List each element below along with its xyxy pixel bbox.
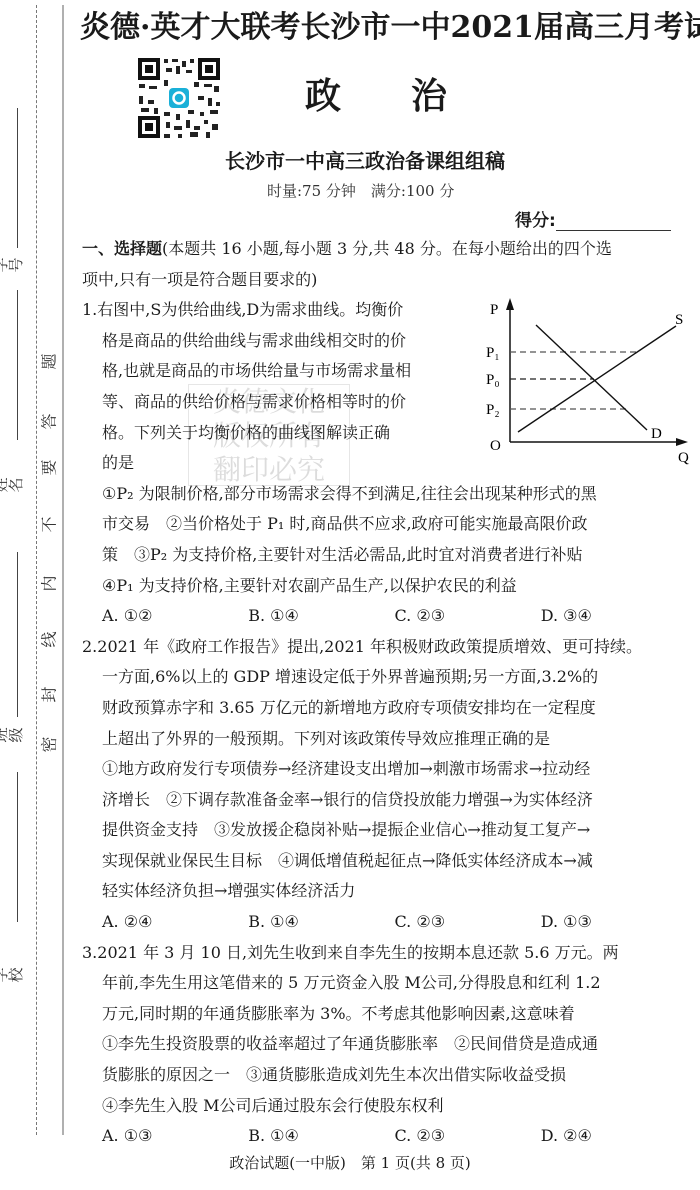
exam-meta: 时量:75 分钟 满分:100 分 [267, 180, 454, 201]
seal-char: 密 [37, 735, 60, 755]
fold-dotted-line [36, 5, 37, 1135]
p2-label: P₂ [486, 402, 500, 418]
option-a[interactable]: A. ①② [102, 601, 248, 632]
answer-options: A. ①③ B. ①④ C. ②③ D. ②④ [82, 1121, 687, 1152]
binding-margin: 学号 姓名 班级 学校 密 封 线 内 不 要 答 题 [0, 0, 66, 1190]
seal-char: 内 [37, 574, 60, 594]
seal-char: 题 [37, 352, 60, 372]
statement-line: ①李先生投资股票的收益率超过了年通货膨胀率 ②民间借贷是造成通 [82, 1029, 687, 1060]
option-a[interactable]: A. ①③ [102, 1121, 248, 1152]
statement-line: 提供资金支持 ③发放援企稳岗补贴→提振企业信心→推动复工复产→ [82, 815, 687, 846]
exam-title: 炎德·英才大联考长沙市一中2021届高三月考试卷(九) [80, 2, 695, 46]
statement-line: 策 ③P₂ 为支持价格,主要针对生活必需品,此时宜对消费者进行补贴 [82, 540, 687, 571]
supply-label: S [675, 312, 683, 328]
stem-text: 2021 年《政府工作报告》提出,2021 年积极财政政策提质增效、更可持续。 [97, 637, 642, 656]
class-label: 班级 [0, 726, 24, 744]
student-number-fill-line[interactable] [17, 108, 18, 248]
seal-char: 线 [37, 630, 60, 650]
option-d[interactable]: D. ③④ [541, 601, 687, 632]
seal-char: 封 [37, 685, 60, 705]
statement-line: 轻实体经济负担→增强实体经济活力 [82, 876, 687, 907]
seal-char: 答 [37, 412, 60, 432]
section-instructions: (本题共 16 小题,每小题 3 分,共 48 分。在每小题给出的四个选 [162, 239, 612, 258]
question-number: 3. [82, 943, 97, 962]
y-axis-label: P [490, 302, 498, 318]
binding-solid-line [62, 5, 64, 1135]
option-b[interactable]: B. ①④ [248, 601, 394, 632]
statement-line: 实现保就业保民生目标 ④调低增值税起征点→降低实体经济成本→减 [82, 846, 687, 877]
question-stem-line: 财政预算赤字和 3.65 万亿元的新增地方政府专项债安排均在一定程度 [82, 693, 687, 724]
score-input-line[interactable] [556, 214, 671, 231]
p1-label: P₁ [486, 345, 500, 361]
statement-line: ④李先生入股 M公司后通过股东会行使股东权利 [82, 1091, 687, 1122]
class-fill-line[interactable] [17, 552, 18, 717]
statement-line: 货膨胀的原因之一 ③通货膨胀造成刘先生本次出借实际收益受损 [82, 1060, 687, 1091]
section-header: 一、选择题(本题共 16 小题,每小题 3 分,共 48 分。在每小题给出的四个… [82, 234, 687, 265]
question-number: 1. [82, 300, 97, 319]
page-footer: 政治试题(一中版) 第 1 页(共 8 页) [0, 1152, 700, 1173]
statement-line: 济增长 ②下调存款准备金率→银行的信贷投放能力增强→为实体经济 [82, 785, 687, 816]
statement-line: 市交易 ②当价格处于 P₁ 时,商品供不应求,政府可能实施最高限价政 [82, 509, 687, 540]
question-number: 2. [82, 637, 97, 656]
student-number-label: 学号 [0, 256, 24, 274]
answer-options: A. ②④ B. ①④ C. ②③ D. ①③ [82, 907, 687, 938]
question-stem-line: 万元,同时期的年通货膨胀率为 3%。不考虑其他影响因素,这意味着 [82, 999, 687, 1030]
school-label: 学校 [0, 966, 24, 984]
option-c[interactable]: C. ②③ [395, 601, 541, 632]
score-label: 得分: [515, 211, 556, 231]
stem-text: 2021 年 3 月 10 日,刘先生收到来自李先生的按期本息还款 5.6 万元… [97, 943, 618, 962]
seal-char: 要 [37, 458, 60, 478]
option-b[interactable]: B. ①④ [248, 1121, 394, 1152]
statement-line: ①P₂ 为限制价格,部分市场需求会得不到满足,往往会出现某种形式的黑 [82, 479, 687, 510]
option-d[interactable]: D. ①③ [541, 907, 687, 938]
subject-title: 政治 [305, 68, 517, 119]
name-fill-line[interactable] [17, 290, 18, 440]
origin-label: O [490, 438, 501, 454]
answer-options: A. ①② B. ①④ C. ②③ D. ③④ [82, 601, 687, 632]
option-c[interactable]: C. ②③ [395, 907, 541, 938]
x-axis-label: Q [678, 450, 689, 466]
school-fill-line[interactable] [17, 772, 18, 922]
name-label: 姓名 [0, 476, 24, 494]
seal-char: 不 [37, 515, 60, 535]
question-stem-line: 2.2021 年《政府工作报告》提出,2021 年积极财政政策提质增效、更可持续… [82, 632, 687, 663]
question-stem-line: 上超出了外界的一般预期。下列对该政策传导效应推理正确的是 [82, 724, 687, 755]
question-stem-line: 3.2021 年 3 月 10 日,刘先生收到来自李先生的按期本息还款 5.6 … [82, 938, 687, 969]
demand-label: D [651, 426, 662, 442]
score-field[interactable]: 得分: [515, 206, 671, 231]
qr-code-icon[interactable] [136, 56, 222, 140]
question-2: 2.2021 年《政府工作报告》提出,2021 年积极财政政策提质增效、更可持续… [82, 632, 687, 938]
statement-line: ①地方政府发行专项债券→经济建设支出增加→刺激市场需求→拉动经 [82, 754, 687, 785]
section-title: 一、选择题 [82, 239, 162, 258]
organizer: 长沙市一中高三政治备课组组稿 [225, 145, 505, 174]
option-c[interactable]: C. ②③ [395, 1121, 541, 1152]
p0-label: P₀ [486, 372, 500, 388]
statement-line: ④P₁ 为支持价格,主要针对农副产品生产,以保护农民的利益 [82, 571, 687, 602]
question-3: 3.2021 年 3 月 10 日,刘先生收到来自李先生的按期本息还款 5.6 … [82, 938, 687, 1152]
option-d[interactable]: D. ②④ [541, 1121, 687, 1152]
question-stem-line: 年前,李先生用这笔借来的 5 万元资金入股 M公司,分得股息和红利 1.2 [82, 968, 687, 999]
stem-text: 右图中,S为供给曲线,D为需求曲线。均衡价 [97, 300, 403, 319]
question-stem-line: 一方面,6%以上的 GDP 增速设定低于外界普遍预期;另一方面,3.2%的 [82, 662, 687, 693]
supply-demand-graph: P S D P₁ P₀ P₂ O Q [476, 290, 694, 468]
option-a[interactable]: A. ②④ [102, 907, 248, 938]
option-b[interactable]: B. ①④ [248, 907, 394, 938]
